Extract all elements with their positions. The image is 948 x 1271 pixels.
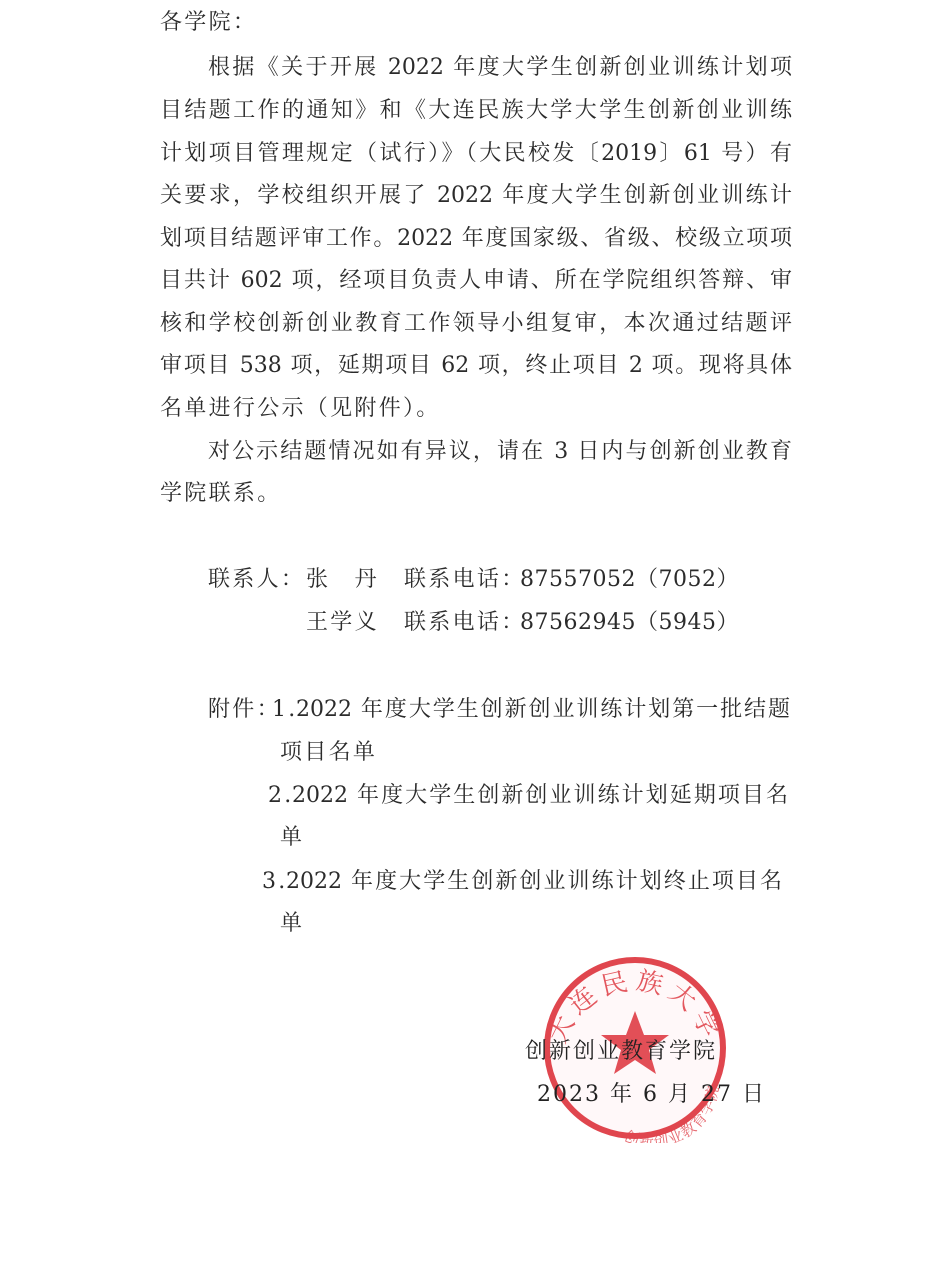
contact-phone-label-2: 联系电话： — [404, 608, 526, 638]
body-line-4: 关要求，学校组织开展了 2022 年度大学生创新创业训练计 — [160, 181, 792, 211]
body-line-1: 根据《关于开展 2022 年度大学生创新创业训练计划项 — [208, 53, 792, 83]
contact-name-1: 张 丹 — [306, 565, 379, 595]
attachments-label: 附件： — [208, 695, 281, 725]
seal-outer-text: 大连民族大学 — [543, 966, 728, 1048]
body-line-8: 审项目 538 项，延期项目 62 项，终止项目 2 项。现将具体 — [160, 351, 792, 381]
attachment-1-title-cont: 项目名单 — [280, 738, 377, 768]
objection-line-2: 学院联系。 — [160, 479, 282, 509]
issuer-name: 创新创业教育学院 — [525, 1037, 717, 1067]
svg-text:大连民族大学: 大连民族大学 — [543, 966, 728, 1048]
contact-name-2: 王学义 — [306, 608, 379, 638]
issue-date: 2023 年 6 月 27 日 — [537, 1080, 766, 1110]
body-line-6: 目共计 602 项，经项目负责人申请、所在学院组织答辩、审 — [160, 266, 792, 296]
attachment-3-number: 3. — [262, 867, 288, 897]
body-line-7: 核和学校创新创业教育工作领导小组复审，本次通过结题评 — [160, 309, 792, 339]
attachment-1-number: 1. — [272, 695, 298, 725]
attachment-3-title: 2022 年度大学生创新创业训练计划终止项目名 — [286, 867, 782, 897]
body-line-5: 划项目结题评审工作。2022 年度国家级、省级、校级立项项 — [160, 224, 792, 254]
body-line-3: 计划项目管理规定（试行）》（大民校发〔2019〕61 号）有 — [160, 139, 792, 169]
objection-line-1: 对公示结题情况如有异议，请在 3 日内与创新创业教育 — [208, 437, 792, 467]
contact-phone-label-1: 联系电话： — [404, 565, 526, 595]
attachment-1-title: 2022 年度大学生创新创业训练计划第一批结题 — [296, 695, 790, 725]
body-line-2: 目结题工作的通知》和《大连民族大学大学生创新创业训练 — [160, 96, 792, 126]
attachment-3-title-cont: 单 — [280, 909, 304, 939]
contact-phone-1: 87557052（7052） — [520, 565, 739, 595]
attachment-2-title: 2022 年度大学生创新创业训练计划延期项目名 — [292, 781, 788, 811]
salutation: 各学院： — [160, 8, 257, 38]
attachment-2-number: 2. — [268, 781, 294, 811]
attachment-2-title-cont: 单 — [280, 823, 304, 853]
contact-phone-2: 87562945（5945） — [520, 608, 739, 638]
body-line-9: 名单进行公示（见附件）。 — [160, 394, 441, 424]
contact-label: 联系人： — [208, 565, 305, 595]
